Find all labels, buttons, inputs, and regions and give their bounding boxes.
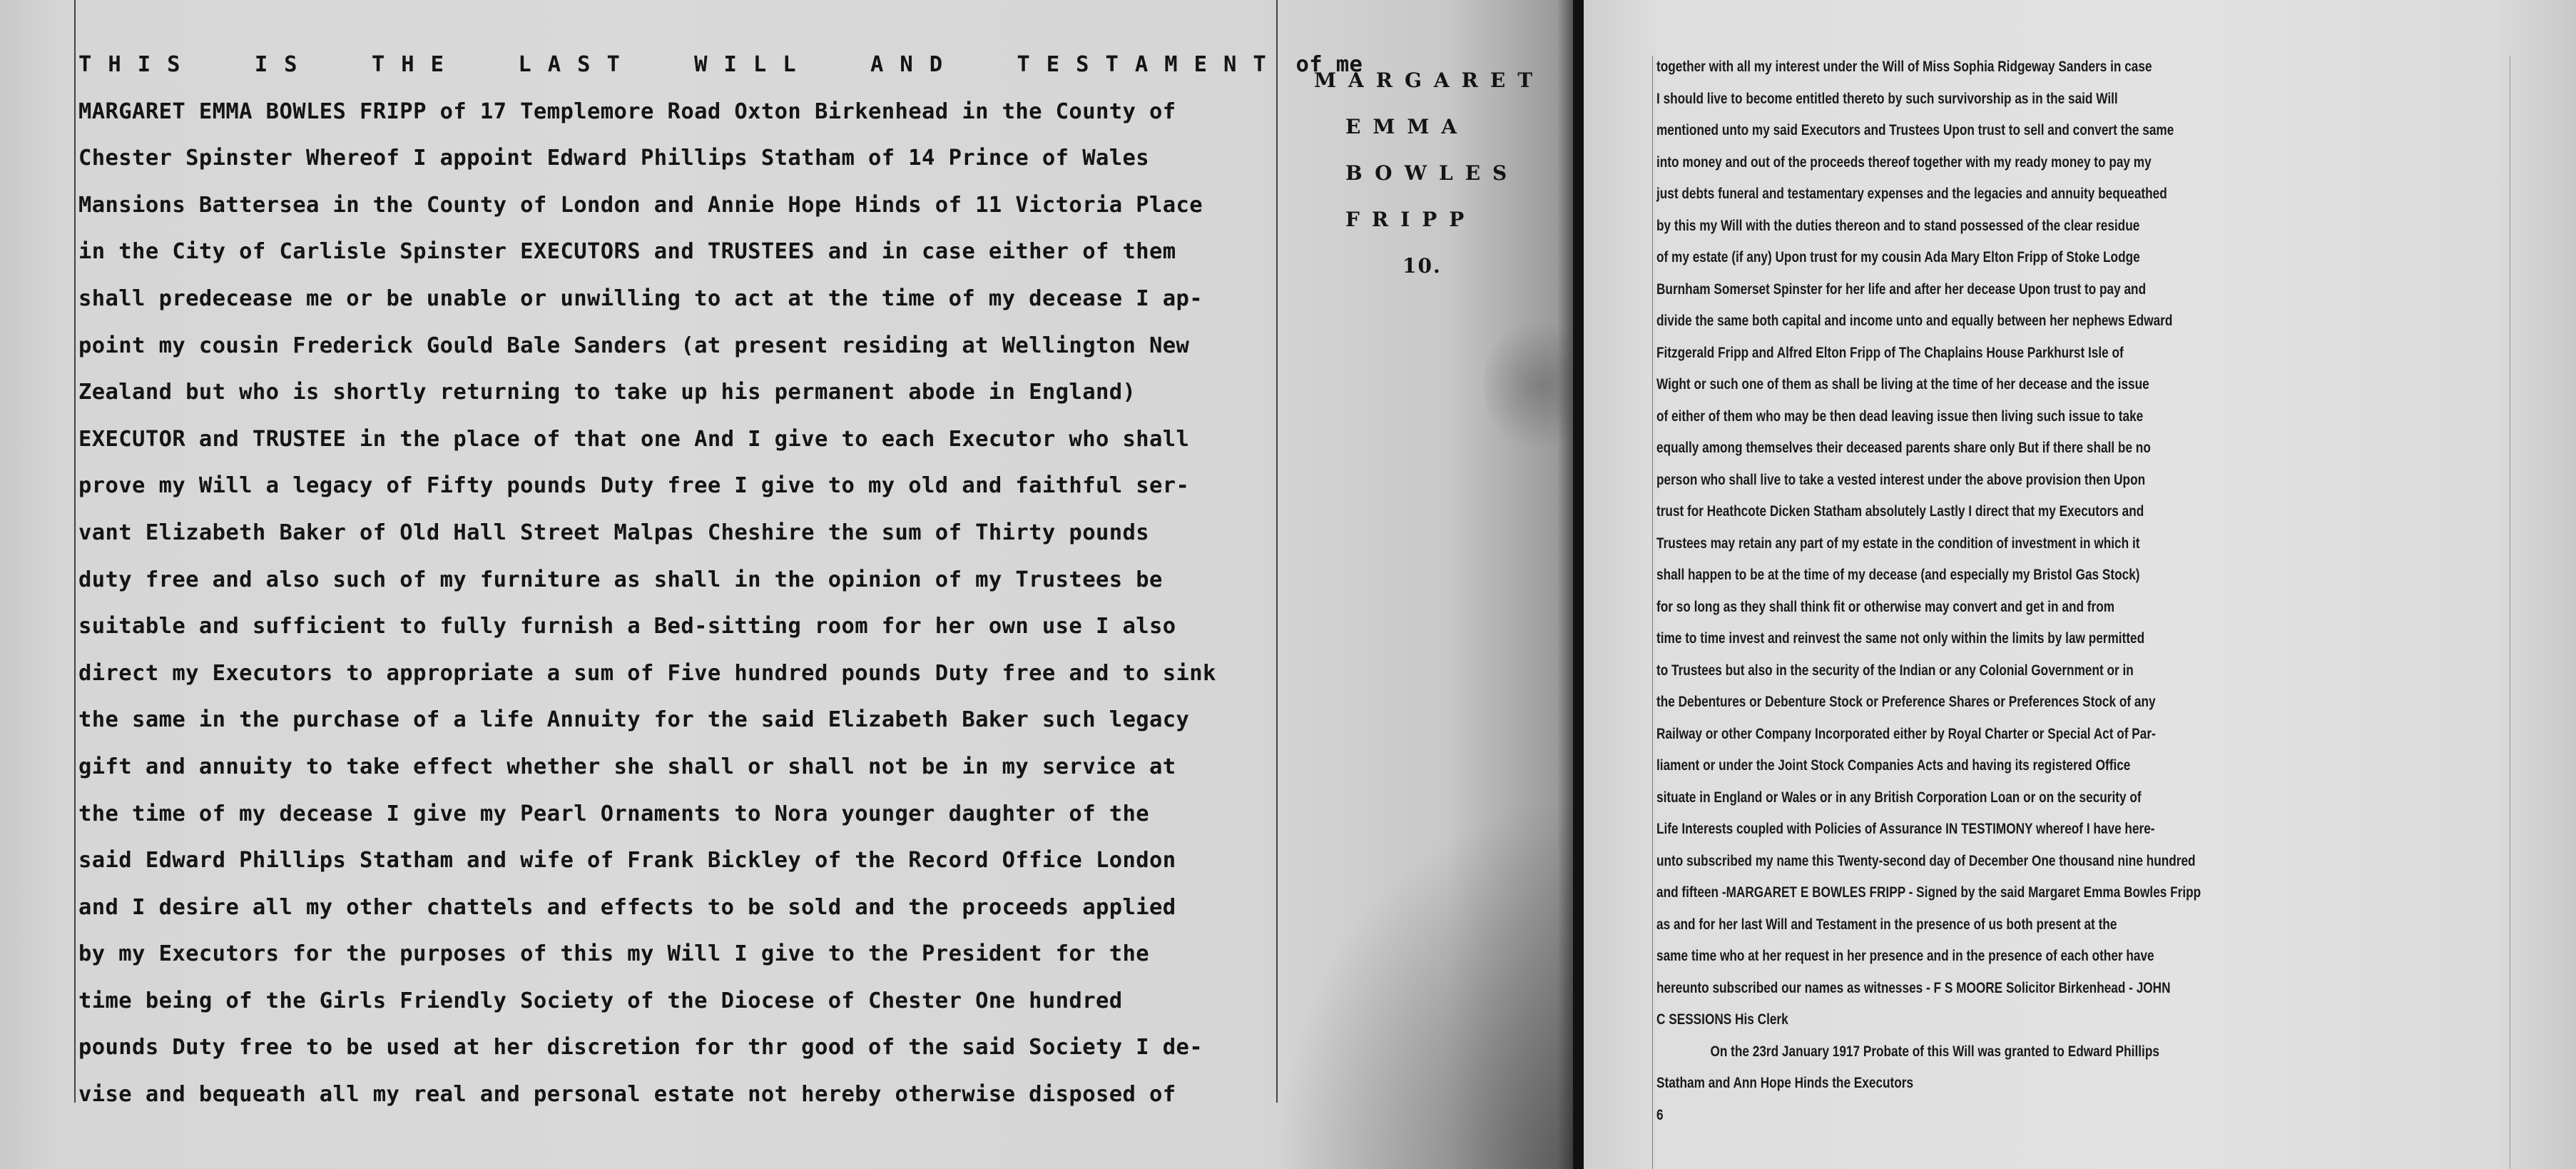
folio-number: 10. (1277, 243, 1562, 289)
text-line: Trustees may retain any part of my estat… (1656, 528, 2505, 560)
margin-testator-name: MARGARET EMMA BOWLES FRIPP 10. (1277, 57, 1562, 289)
text-line: I should live to become entitled thereto… (1656, 83, 2505, 116)
text-line: person who shall live to take a vested i… (1656, 465, 2505, 497)
text-line: duty free and also such of my furniture … (78, 557, 1277, 604)
text-line: Chester Spinster Whereof I appoint Edwar… (78, 135, 1277, 182)
left-margin-rule (74, 0, 76, 1103)
will-title: THIS IS THE LAST WILL AND TESTAMENT of m… (78, 41, 1277, 88)
right-margin-rule (1652, 56, 1653, 1169)
text-line: divide the same both capital and income … (1656, 305, 2505, 338)
text-line: for so long as they shall think fit or o… (1656, 592, 2505, 624)
margin-name-line: BOWLES (1277, 150, 1562, 196)
text-line: Mansions Battersea in the County of Lond… (78, 182, 1277, 229)
left-page-lines: MARGARET EMMA BOWLES FRIPP of 17 Templem… (78, 88, 1277, 1118)
margin-name-line: MARGARET (1277, 57, 1562, 103)
text-line: suitable and sufficient to fully furnish… (78, 603, 1277, 650)
text-line: by my Executors for the purposes of this… (78, 931, 1277, 978)
text-line: hereunto subscribed our names as witness… (1656, 973, 2505, 1005)
text-line: direct my Executors to appropriate a sum… (78, 650, 1277, 697)
text-line: into money and out of the proceeds there… (1656, 147, 2505, 179)
text-line: Zealand but who is shortly returning to … (78, 369, 1277, 416)
text-line: trust for Heathcote Dicken Statham absol… (1656, 496, 2505, 528)
text-line: Railway or other Company Incorporated ei… (1656, 719, 2505, 751)
text-line: gift and annuity to take effect whether … (78, 744, 1277, 791)
text-line: point my cousin Frederick Gould Bale San… (78, 323, 1277, 370)
text-line: the same in the purchase of a life Annui… (78, 697, 1277, 744)
text-line: vise and bequeath all my real and person… (78, 1071, 1277, 1118)
text-line: in the City of Carlisle Spinster EXECUTO… (78, 228, 1277, 275)
will-title-heading: THIS IS THE LAST WILL AND TESTAMENT (78, 52, 1283, 77)
text-line: by this my Will with the duties thereon … (1656, 211, 2505, 243)
text-line: time being of the Girls Friendly Society… (78, 978, 1277, 1025)
text-line: same time who at her request in her pres… (1656, 941, 2505, 973)
text-line: of my estate (if any) Upon trust for my … (1656, 242, 2505, 274)
text-line: and I desire all my other chattels and e… (78, 884, 1277, 931)
left-page: THIS IS THE LAST WILL AND TESTAMENT of m… (0, 0, 1573, 1169)
text-line: unto subscribed my name this Twenty-seco… (1656, 846, 2505, 878)
text-line: prove my Will a legacy of Fifty pounds D… (78, 462, 1277, 510)
text-line: vant Elizabeth Baker of Old Hall Street … (78, 510, 1277, 557)
text-line: of either of them who may be then dead l… (1656, 401, 2505, 433)
text-line: the time of my decease I give my Pearl O… (78, 791, 1277, 838)
text-line: together with all my interest under the … (1656, 51, 2505, 83)
text-line: to Trustees but also in the security of … (1656, 655, 2505, 687)
text-line: MARGARET EMMA BOWLES FRIPP of 17 Templem… (78, 88, 1277, 136)
text-line: Burnham Somerset Spinster for her life a… (1656, 274, 2505, 306)
text-line: Statham and Ann Hope Hinds the Executors (1656, 1068, 2505, 1100)
text-line: Life Interests coupled with Policies of … (1656, 814, 2505, 846)
text-line: Fitzgerald Fripp and Alfred Elton Fripp … (1656, 338, 2505, 370)
text-line: shall happen to be at the time of my dec… (1656, 560, 2505, 592)
text-line: 6 (1656, 1100, 2505, 1132)
text-line: and fifteen -MARGARET E BOWLES FRIPP - S… (1656, 877, 2505, 909)
text-line: just debts funeral and testamentary expe… (1656, 178, 2505, 211)
text-line: the Debentures or Debenture Stock or Pre… (1656, 687, 2505, 719)
right-page-lines: together with all my interest under the … (1656, 51, 2358, 1131)
text-line: equally among themselves their deceased … (1656, 432, 2505, 465)
right-end-rule (2510, 56, 2510, 1169)
page-gutter (1573, 0, 1584, 1169)
text-line: liament or under the Joint Stock Compani… (1656, 750, 2505, 782)
text-line: pounds Duty free to be used at her discr… (78, 1024, 1277, 1071)
text-line: On the 23rd January 1917 Probate of this… (1656, 1036, 2558, 1068)
margin-name-line: FRIPP (1277, 196, 1562, 243)
text-line: Wight or such one of them as shall be li… (1656, 369, 2505, 401)
text-line: EXECUTOR and TRUSTEE in the place of tha… (78, 416, 1277, 463)
right-page: together with all my interest under the … (1584, 0, 2576, 1169)
text-line: as and for her last Will and Testament i… (1656, 909, 2505, 941)
text-line: shall predecease me or be unable or unwi… (78, 275, 1277, 323)
text-line: situate in England or Wales or in any Br… (1656, 782, 2505, 814)
text-line: C SESSIONS His Clerk (1656, 1004, 2505, 1036)
text-line: mentioned unto my said Executors and Tru… (1656, 115, 2505, 147)
text-line: time to time invest and reinvest the sam… (1656, 623, 2505, 655)
margin-name-line: EMMA (1277, 103, 1562, 150)
will-body-text: THIS IS THE LAST WILL AND TESTAMENT of m… (78, 41, 1277, 1118)
text-line: said Edward Phillips Statham and wife of… (78, 837, 1277, 884)
